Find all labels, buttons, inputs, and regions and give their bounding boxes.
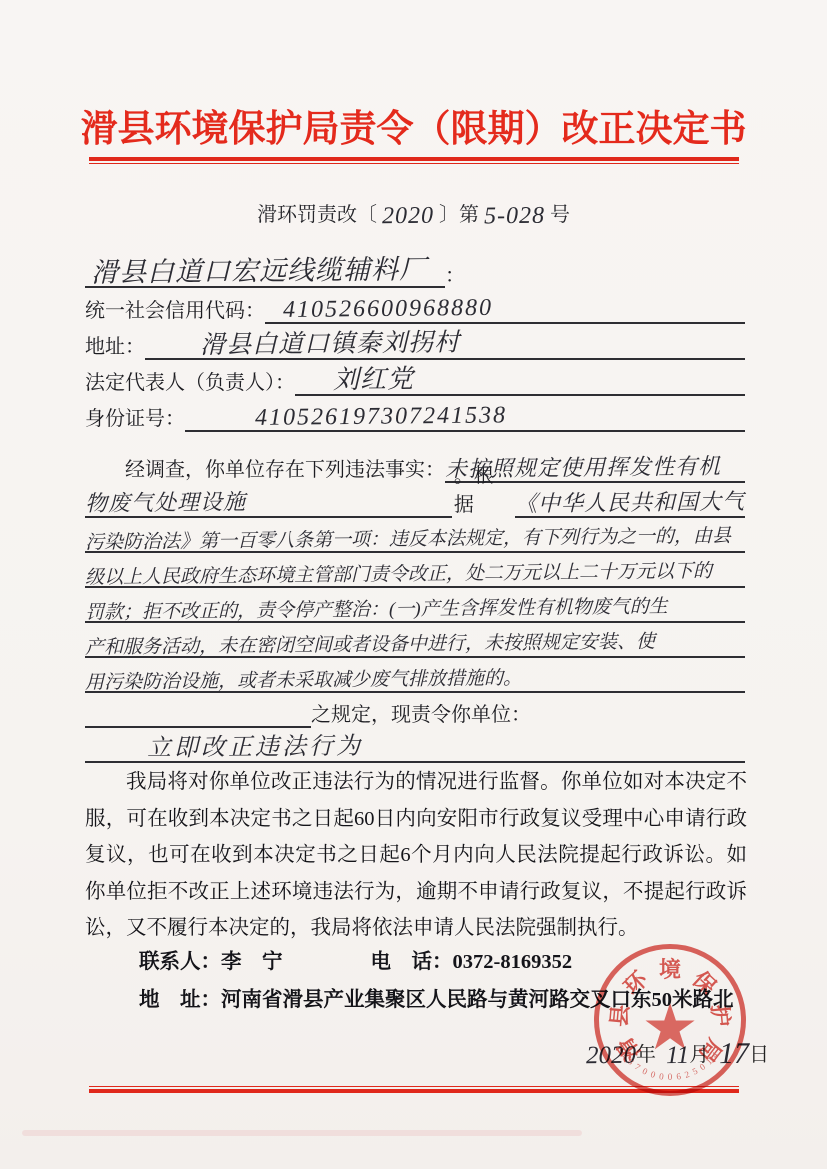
facts-blank-1: 未按照规定使用挥发性有机 (445, 457, 745, 483)
facts-handwritten-1: 未按照规定使用挥发性有机 (445, 456, 721, 481)
credit-code-value-handwritten: 410526600968880 (265, 296, 493, 322)
header-red-rule (89, 157, 739, 164)
facts-row-3: 污染防治法》第一百零八条第一项：违反本法规定，有下列行为之一的，由县 (85, 518, 745, 553)
contact-phone-number: 0372-8169352 (453, 951, 573, 973)
facts-blank-8: 用污染防治设施，或者未采取减少废气排放措施的。 (85, 668, 745, 693)
closing-empty-blank (85, 726, 311, 728)
order-handwritten: 立即改正违法行为 (85, 735, 363, 762)
facts-row-1: 经调查，你单位存在下列违法事实： 未按照规定使用挥发性有机 (85, 448, 745, 483)
facts-row-4: 级以上人民政府生态环境主管部门责令改正，处二万元以上二十万元以下的 (85, 553, 745, 588)
facts-handwritten-line-2: 级以上人民政府生态环境主管部门责令改正，处二万元以上二十万元以下的 (85, 562, 745, 588)
doc-number-suffix: 号 (550, 204, 570, 226)
order-blank: 立即改正违法行为 (85, 736, 745, 763)
contact-person-label: 联系人： (85, 951, 221, 973)
contact-person-name: 李 宁 (221, 951, 283, 973)
facts-row-2: 物废气处理设施 。根据 《中华人民共和国大气 (85, 483, 745, 518)
field-row-id-number: 身份证号： 410526197307241538 (85, 396, 745, 432)
address-blank: 滑县白道口镇秦刘拐村 (145, 332, 745, 360)
doc-number-prefix: 滑环罚责改〔 (257, 204, 377, 226)
credit-code-label: 统一社会信用代码： (85, 294, 265, 324)
facts-handwritten-line-5: 用污染防治设施，或者未采取减少废气排放措施的。 (85, 667, 745, 693)
document-title: 滑县环境保护局责令（限期）改正决定书 (0, 98, 827, 152)
facts-blank-2: 物废气处理设施 (85, 492, 452, 518)
facts-blank-4: 污染防治法》第一百零八条第一项：违反本法规定，有下列行为之一的，由县 (85, 528, 745, 553)
address-value-handwritten: 滑县白道口镇秦刘拐村 (145, 330, 460, 358)
facts-block: 经调查，你单位存在下列违法事实： 未按照规定使用挥发性有机 物废气处理设施 。根… (85, 448, 745, 763)
facts-blank-5: 级以上人民政府生态环境主管部门责令改正，处二万元以上二十万元以下的 (85, 563, 745, 588)
facts-closing-row: 之规定，现责令你单位： (85, 693, 745, 728)
credit-code-blank: 410526600968880 (265, 297, 745, 324)
field-row-legal-representative: 法定代表人（负责人）： 刘红党 (85, 360, 745, 396)
scan-smudge-artifact (22, 1130, 582, 1136)
field-row-address: 地址： 滑县白道口镇秦刘拐村 (85, 324, 745, 360)
recipient-name-colon: ： (445, 259, 465, 288)
legal-representative-blank: 刘红党 (295, 367, 745, 396)
facts-row-6: 产和服务活动，未在密闭空间或者设备中进行，未按照规定安装、使 (85, 623, 745, 658)
doc-number-year-handwritten: 2020 (382, 204, 434, 229)
contact-address-label: 地 址： (85, 989, 221, 1011)
header-rule-thin-line (89, 163, 739, 164)
facts-row-7: 用污染防治设施，或者未采取减少废气排放措施的。 (85, 658, 745, 693)
doc-number-serial-handwritten: 5-028 (484, 204, 545, 229)
legal-representative-label: 法定代表人（负责人）： (85, 366, 295, 396)
supervision-paragraph: 我局将对你单位改正违法行为的情况进行监督。你单位如对本决定不服，可在收到本决定书… (85, 764, 747, 947)
id-number-blank: 410526197307241538 (185, 405, 745, 432)
scanned-decision-document: 滑县环境保护局责令（限期）改正决定书 滑环罚责改〔 2020 〕第 5-028 … (0, 0, 827, 1169)
recipient-name-blank: 滑县白道口宏远线缆辅料厂 (85, 258, 445, 288)
legal-representative-value-handwritten: 刘红党 (295, 366, 414, 393)
id-number-label: 身份证号： (85, 402, 185, 432)
doc-number-mid: 〕第 (439, 204, 479, 226)
header-rule-thick-line (89, 157, 739, 161)
official-seal: 滑县环境保护局 ★ 4105260000781 (594, 944, 746, 1096)
facts-blank-7: 产和服务活动，未在密闭空间或者设备中进行，未按照规定安装、使 (85, 633, 745, 658)
recipient-block: 滑县白道口宏远线缆辅料厂 ： 统一社会信用代码： 410526600968880… (85, 250, 745, 432)
facts-lead-printed: 经调查，你单位存在下列违法事实： (85, 453, 445, 483)
address-label: 地址： (85, 330, 145, 360)
facts-row-5: 罚款；拒不改正的，责令停产整治：(一)产生含挥发性有机物废气的生 (85, 588, 745, 623)
field-row-credit-code: 统一社会信用代码： 410526600968880 (85, 288, 745, 324)
document-number: 滑环罚责改〔 2020 〕第 5-028 号 (0, 198, 827, 228)
facts-blank-3: 《中华人民共和国大气 (515, 492, 745, 518)
recipient-name-handwritten: 滑县白道口宏远线缆辅料厂 (85, 256, 427, 287)
closing-printed: 之规定，现责令你单位： (311, 698, 531, 728)
facts-handwritten-line-3: 罚款；拒不改正的，责令停产整治：(一)产生含挥发性有机物废气的生 (85, 597, 745, 623)
facts-handwritten-3: 《中华人民共和国大气 (515, 491, 745, 515)
id-number-value-handwritten: 410526197307241538 (185, 403, 507, 430)
facts-handwritten-2: 物废气处理设施 (85, 491, 246, 515)
facts-handwritten-line-4: 产和服务活动，未在密闭空间或者设备中进行，未按照规定安装、使 (85, 632, 745, 658)
order-row: 立即改正违法行为 (85, 728, 745, 763)
date-day-unit: 日 (749, 1044, 769, 1066)
facts-blank-6: 罚款；拒不改正的，责令停产整治：(一)产生含挥发性有机物废气的生 (85, 598, 745, 623)
contact-phone-label: 电 话： (371, 951, 453, 973)
recipient-name-row: 滑县白道口宏远线缆辅料厂 ： (85, 250, 745, 288)
facts-handwritten-line-1: 污染防治法》第一百零八条第一项：违反本法规定，有下列行为之一的，由县 (85, 527, 745, 553)
